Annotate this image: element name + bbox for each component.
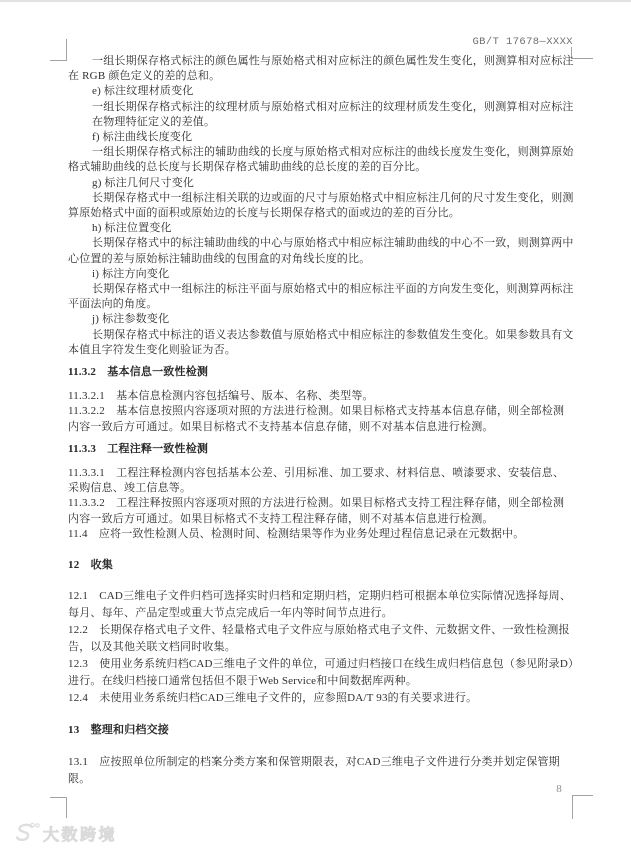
text-line: 11.3.2.2 基本信息按照内容逐项对照的方法进行检测。如果目标格式支持基本信… <box>68 404 588 419</box>
text-line: 一组长期保存格式标注的纹理材质与原始格式相对应标注的纹理材质发生变化，则测算相对… <box>68 100 588 115</box>
page-top-edge <box>0 0 631 2</box>
text-line: 长期保存格式中标注的语义表达参数值与原始格式中相应标注的参数值发生变化。如果参数… <box>68 328 588 343</box>
heading-line: 13 整理和归档交接 <box>68 723 588 738</box>
heading-line: 11.3.3 工程注释一致性检测 <box>68 442 588 457</box>
text-line: 采购信息、竣工信息等。 <box>68 481 588 496</box>
text-line: 长期保存格式中一组标注的标注平面与原始格式中的相应标注平面的方向发生变化，则测算… <box>68 282 588 297</box>
text-line: 12.2 长期保存格式电子文件、轻量格式电子文件应与原始格式电子文件、元数据文件… <box>68 622 588 639</box>
text-line: 长期保存格式中一组标注相关联的边或面的尺寸与原始格式中相应标注几何的尺寸发生变化… <box>68 191 588 206</box>
text-line: 心位置的差与原始标注辅助曲线的包围盒的对角线长度的比。 <box>68 252 588 267</box>
text-line: 内容一致后方可通过。如果目标格式不支持工程注释存储，则不对基本信息进行检测。 <box>68 512 588 527</box>
watermark-logo-icon <box>13 821 40 845</box>
text-line: 13.1 应按照单位所制定的档案分类方案和保管期限表，对CAD三维电子文件进行分… <box>68 754 588 771</box>
text-line: 长期保存格式中的标注辅助曲线的中心与原始格式中相应标注辅助曲线的中心不一致，则测… <box>68 236 588 251</box>
text-line: 在物理特征定义的差值。 <box>68 115 588 130</box>
text-line: 告，以及其他关联文档同时收集。 <box>68 639 588 656</box>
document-body: 一组长期保存格式标注的颜色属性与原始格式相对应标注的颜色属性发生变化，则测算相对… <box>68 54 588 788</box>
text-line: 一组长期保存格式标注的颜色属性与原始格式相对应标注的颜色属性发生变化，则测算相对… <box>68 54 588 69</box>
text-line: 11.3.3.1 工程注释检测内容包括基本公差、引用标准、加工要求、材料信息、喷… <box>68 466 588 481</box>
text-line: 11.4 应将一致性检测人员、检测时间、检测结果等作为业务处理过程信息记录在元数… <box>68 527 588 542</box>
text-line: 内容一致后方可通过。如果目标格式不支持基本信息存储，则不对基本信息进行检测。 <box>68 420 588 435</box>
text-line: 每月、每年、产品定型或重大节点完成后一年内等时间节点进行。 <box>68 605 588 622</box>
text-line: 进行。在线归档接口通常包括但不限于Web Service和中间数据库两种。 <box>68 673 588 690</box>
text-line: g) 标注几何尺寸变化 <box>68 176 588 191</box>
document-page: GB/T 17678—XXXX 一组长期保存格式标注的颜色属性与原始格式相对应标… <box>0 0 631 853</box>
text-line: 12.4 未使用业务系统归档CAD三维电子文件的，应参照DA/T 93的有关要求… <box>68 690 588 707</box>
text-line: 算原始格式中面的面积或原始边的长度与长期保存格式的面或边的差的百分比。 <box>68 206 588 221</box>
text-line: 在 RGB 颜色定义的差的总和。 <box>68 69 588 84</box>
crop-mark-bottom-right <box>572 795 593 819</box>
text-line: 平面法向的角度。 <box>68 297 588 312</box>
text-line: 12.3 使用业务系统归档CAD三维电子文件的单位，可通过归档接口在线生成归档信… <box>68 656 588 673</box>
heading-line: 12 收集 <box>68 558 588 573</box>
text-line: h) 标注位置变化 <box>68 221 588 236</box>
text-line: e) 标注纹理材质变化 <box>68 84 588 99</box>
text-line: f) 标注曲线长度变化 <box>68 130 588 145</box>
text-line: 11.3.3.2 工程注释按照内容逐项对照的方法进行检测。如果目标格式支持工程注… <box>68 496 588 511</box>
crop-mark-bottom-left <box>50 797 67 818</box>
page-number: 8 <box>549 783 569 795</box>
text-line: 格式辅助曲线的总长度与长期保存格式辅助曲线的总长度的差的百分比。 <box>68 160 588 175</box>
text-line: 12.1 CAD三维电子文件归档可选择实时归档和定期归档，定期归档可根据本单位实… <box>68 588 588 605</box>
heading-line: 11.3.2 基本信息一致性检测 <box>68 365 588 380</box>
watermark-text: 大数跨境 <box>43 822 117 845</box>
standard-code-header: GB/T 17678—XXXX <box>472 36 573 48</box>
watermark: 大数跨境 <box>13 821 117 845</box>
text-line: 11.3.2.1 基本信息检测内容包括编号、版本、名称、类型等。 <box>68 389 588 404</box>
text-line: 一组长期保存格式标注的辅助曲线的长度与原始格式相对应标注的曲线长度发生变化，则测… <box>68 145 588 160</box>
text-line: 限。 <box>68 771 588 788</box>
crop-mark-top-left <box>50 39 67 61</box>
text-line: j) 标注参数变化 <box>68 312 588 327</box>
text-line: i) 标注方向变化 <box>68 267 588 282</box>
text-line: 本值且字符发生变化则验证为否。 <box>68 343 588 358</box>
